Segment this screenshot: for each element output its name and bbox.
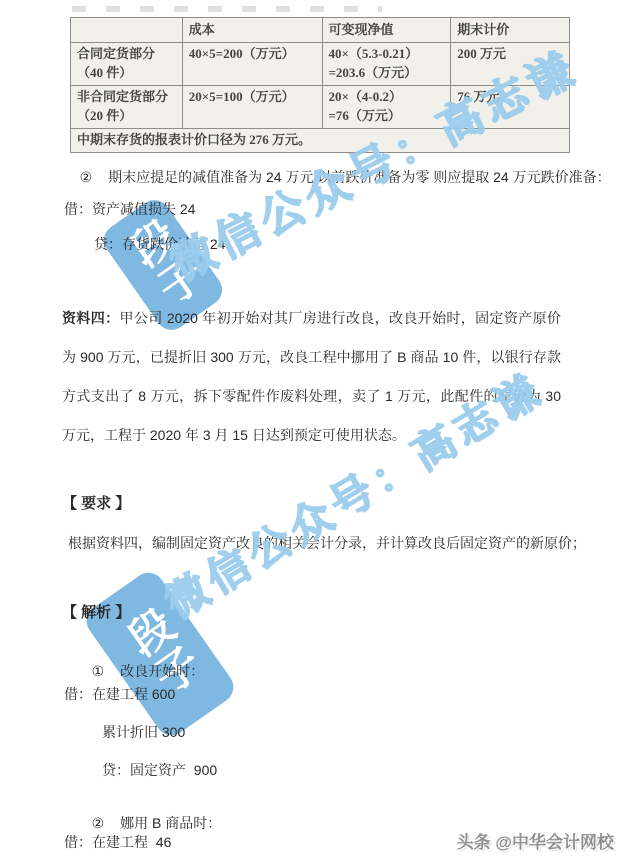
material4-text: 甲公司 2020 年初开始对其厂房进行改良，改良开始时，固定资产原价为 900 …: [62, 310, 561, 443]
header-empty: [71, 18, 183, 43]
journal-entry-debit: 借：资产减值损失 24: [64, 199, 195, 219]
journal-entry-credit: 贷：存货跌价准备 24: [94, 234, 225, 254]
row-ending-value: 200 万元: [451, 43, 570, 86]
material4-paragraph: 资料四：甲公司 2020 年初开始对其厂房进行改良，改良开始时，固定资产原价为 …: [62, 299, 561, 455]
toutiao-credit: 头条 @中华会计网校: [457, 828, 614, 853]
step1-marker: ①: [92, 663, 105, 680]
step2-title: 娜用 B 商品时：: [120, 815, 221, 831]
row-nrv: 40×（5.3-0.21） =203.6（万元）: [322, 43, 451, 86]
analysis-heading: 【 解析 】: [62, 601, 130, 622]
item2-text: 期末应提足的减值准备为 24 万元 以前跌价准备为零 则应提取 24 万元跌价准…: [108, 169, 610, 185]
journal-entry-debit: 借：在建工程 600: [64, 684, 175, 704]
row-nrv: 20×（4-0.2） =76（万元）: [322, 86, 451, 129]
cropped-row-remnant: [72, 6, 382, 12]
table-footer-row: 中期末存货的报表计价口径为 276 万元。: [71, 129, 570, 153]
header-cost: 成本: [182, 18, 322, 43]
item2-marker: ②: [80, 169, 93, 186]
row-cost: 40×5=200（万元）: [182, 43, 322, 86]
inventory-valuation-table: 成本 可变现净值 期末计价 合同定货部分 （40 件） 40×5=200（万元）…: [70, 17, 570, 153]
table-footer-note: 中期末存货的报表计价口径为 276 万元。: [71, 129, 570, 153]
table-header-row: 成本 可变现净值 期末计价: [71, 18, 570, 43]
table-row: 合同定货部分 （40 件） 40×5=200（万元） 40×（5.3-0.21）…: [71, 43, 570, 86]
row-label: 非合同定货部分 （20 件）: [71, 86, 183, 129]
header-nrv: 可变现净值: [322, 18, 451, 43]
requirement-text: 根据资料四，编制固定资产改良的相关会计分录，并计算改良后固定资产的新原价；: [68, 533, 586, 553]
row-label: 合同定货部分 （40 件）: [71, 43, 183, 86]
journal-entry-credit: 贷：固定资产 900: [102, 760, 217, 780]
step2-marker: ②: [92, 815, 105, 832]
journal-entry-debit: 借：在建工程 46: [64, 832, 171, 852]
table-row: 非合同定货部分 （20 件） 20×5=100（万元） 20×（4-0.2） =…: [71, 86, 570, 129]
row-ending-value: 76 万元: [451, 86, 570, 129]
header-ending-value: 期末计价: [451, 18, 570, 43]
row-cost: 20×5=100（万元）: [182, 86, 322, 129]
journal-entry-line: 累计折旧 300: [102, 722, 185, 742]
requirement-heading: 【 要求 】: [62, 492, 130, 513]
step1-title: 改良开始时：: [120, 663, 204, 679]
document-page: 段子 段子 成本 可变现净值 期末计价 合同定货部分 （40 件） 40×5=2…: [0, 0, 622, 859]
material4-label: 资料四：: [62, 310, 119, 326]
item2-line: ②期末应提足的减值准备为 24 万元 以前跌价准备为零 则应提取 24 万元跌价…: [64, 151, 611, 203]
